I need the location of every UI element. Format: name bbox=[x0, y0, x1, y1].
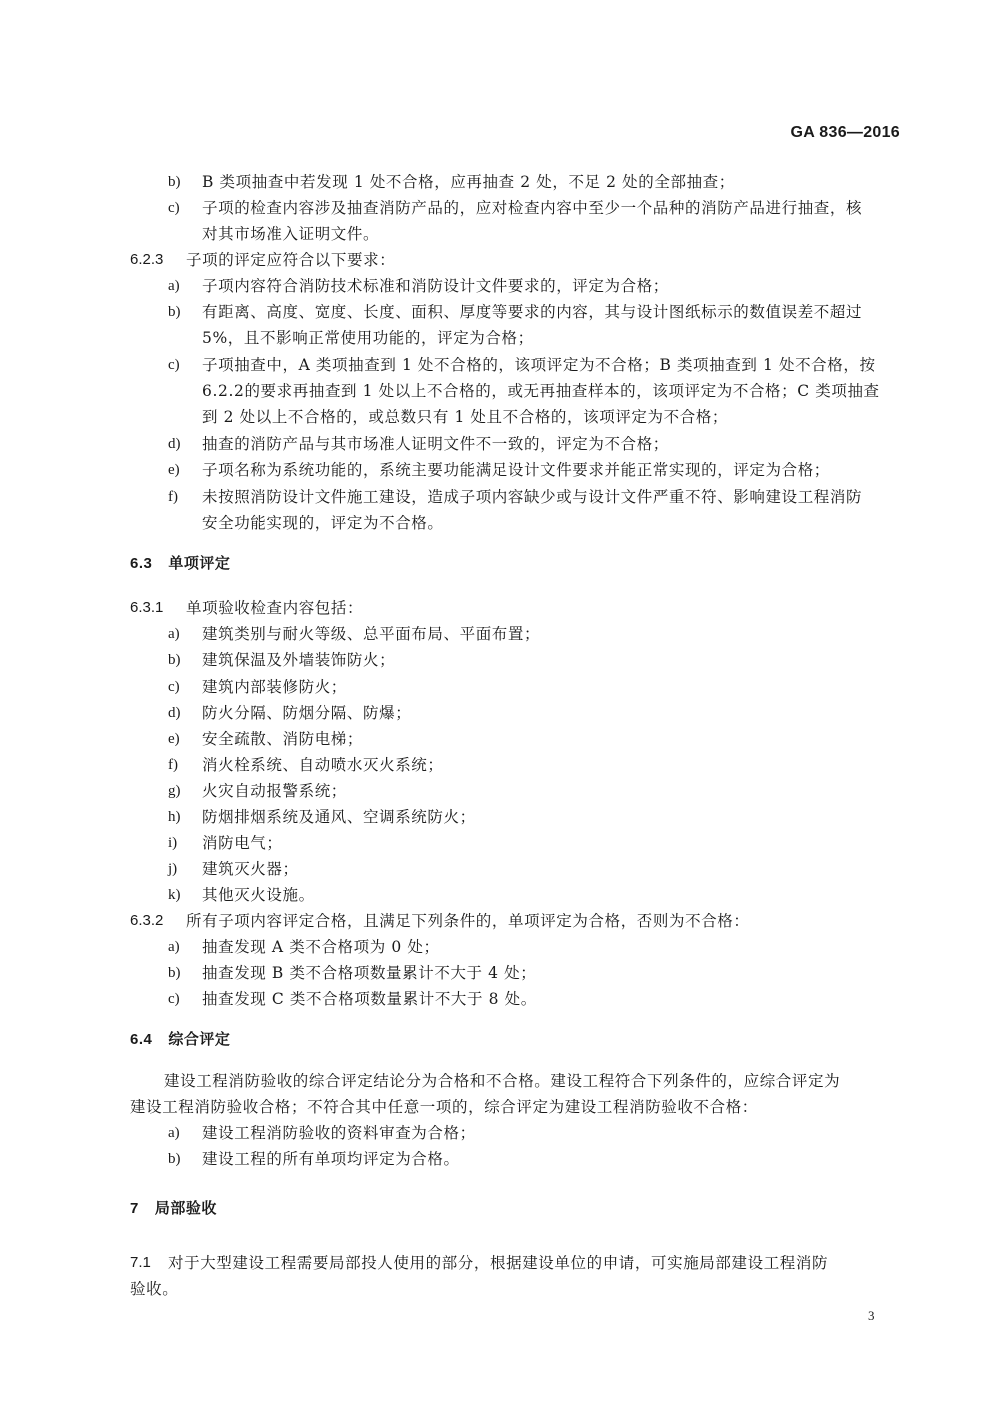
item-text: 子项的检查内容涉及抽查消防产品的，应对检查内容中至少一个品种的消防产品进行抽查，… bbox=[202, 198, 862, 218]
item-label: b) bbox=[168, 172, 181, 192]
item-label: i) bbox=[168, 833, 177, 853]
item-text: 抽查发现 C 类不合格项数量累计不大于 8 处。 bbox=[202, 989, 537, 1009]
item-label: d) bbox=[168, 703, 181, 723]
item-label: a) bbox=[168, 624, 180, 644]
item-text: 建筑内部装修防火； bbox=[202, 677, 347, 697]
item-text: 5%，且不影响正常使用功能的，评定为合格； bbox=[202, 328, 534, 348]
item-label: j) bbox=[168, 859, 177, 879]
clause-text: 对于大型建设工程需要局部投人使用的部分，根据建设单位的申请，可实施局部建设工程消… bbox=[168, 1253, 828, 1273]
item-text: 建筑灭火器； bbox=[202, 859, 299, 879]
clause-intro: 单项验收检查内容包括： bbox=[186, 598, 363, 618]
clause-number: 6.2.3 bbox=[130, 250, 163, 270]
item-label: a) bbox=[168, 937, 180, 957]
item-text: 安全功能实现的，评定为不合格。 bbox=[202, 513, 444, 533]
item-label: c) bbox=[168, 677, 180, 697]
section-number: 7 bbox=[130, 1200, 139, 1217]
item-label: b) bbox=[168, 650, 181, 670]
item-text: 消防电气； bbox=[202, 833, 283, 853]
item-label: f) bbox=[168, 755, 178, 775]
item-text: 抽查发现 A 类不合格项为 0 处； bbox=[202, 937, 440, 957]
item-label: k) bbox=[168, 885, 181, 905]
item-label: c) bbox=[168, 355, 180, 375]
item-text: 未按照消防设计文件施工建设，造成子项内容缺少或与设计文件严重不符、影响建设工程消… bbox=[202, 487, 862, 507]
item-label: a) bbox=[168, 276, 180, 296]
standard-code: GA 836—2016 bbox=[791, 124, 900, 142]
item-text: 子项抽查中，A 类项抽查到 1 处不合格的，该项评定为不合格；B 类项抽查到 1… bbox=[202, 355, 876, 375]
item-text: 其他灭火设施。 bbox=[202, 885, 315, 905]
item-text: 到 2 处以上不合格的，或总数只有 1 处且不合格的，该项评定为不合格； bbox=[202, 407, 728, 427]
item-text: 防烟排烟系统及通风、空调系统防火； bbox=[202, 807, 476, 827]
item-text: 建筑类别与耐火等级、总平面布局、平面布置； bbox=[202, 624, 540, 644]
item-text: 抽查发现 B 类不合格项数量累计不大于 4 处； bbox=[202, 963, 536, 983]
item-label: e) bbox=[168, 460, 180, 480]
item-text: 子项内容符合消防技术标准和消防设计文件要求的，评定为合格； bbox=[202, 276, 669, 296]
item-label: b) bbox=[168, 963, 181, 983]
clause-text: 验收。 bbox=[130, 1279, 178, 1299]
item-label: c) bbox=[168, 989, 180, 1009]
clause-number: 6.3.1 bbox=[130, 598, 163, 618]
paragraph-line: 建设工程消防验收的综合评定结论分为合格和不合格。建设工程符合下列条件的，应综合评… bbox=[164, 1071, 840, 1091]
clause-number: 7.1 bbox=[130, 1253, 151, 1273]
item-text: 6.2.2的要求再抽查到 1 处以上不合格的，或无再抽查样本的，该项评定为不合格… bbox=[202, 381, 880, 401]
item-label: b) bbox=[168, 1149, 181, 1169]
item-text: 消火栓系统、自动喷水灭火系统； bbox=[202, 755, 444, 775]
paragraph-line: 建设工程消防验收合格；不符合其中任意一项的，综合评定为建设工程消防验收不合格： bbox=[130, 1097, 758, 1117]
section-title: 单项评定 bbox=[168, 554, 230, 572]
item-label: f) bbox=[168, 487, 178, 507]
section-title: 局部验收 bbox=[155, 1199, 217, 1217]
item-text: 防火分隔、防烟分隔、防爆； bbox=[202, 703, 411, 723]
document-page: GA 836—2016 b) B 类项抽查中若发现 1 处不合格，应再抽查 2 … bbox=[0, 0, 1000, 1412]
page-number: 3 bbox=[868, 1308, 875, 1324]
item-text: 建设工程消防验收的资料审查为合格； bbox=[202, 1123, 476, 1143]
item-label: a) bbox=[168, 1123, 180, 1143]
section-heading-6-4: 6.4综合评定 bbox=[130, 1029, 230, 1050]
item-text: 安全疏散、消防电梯； bbox=[202, 729, 363, 749]
item-label: g) bbox=[168, 781, 181, 801]
section-number: 6.3 bbox=[130, 555, 152, 572]
item-text: 建设工程的所有单项均评定为合格。 bbox=[202, 1149, 460, 1169]
item-label: h) bbox=[168, 807, 181, 827]
clause-intro: 所有子项内容评定合格，且满足下列条件的，单项评定为合格，否则为不合格： bbox=[186, 911, 750, 931]
item-label: b) bbox=[168, 302, 181, 322]
section-heading-6-3: 6.3单项评定 bbox=[130, 553, 230, 574]
item-text: 建筑保温及外墙装饰防火； bbox=[202, 650, 395, 670]
item-label: e) bbox=[168, 729, 180, 749]
item-text: B 类项抽查中若发现 1 处不合格，应再抽查 2 处，不足 2 处的全部抽查； bbox=[202, 172, 735, 192]
item-text: 火灾自动报警系统； bbox=[202, 781, 347, 801]
clause-number: 6.3.2 bbox=[130, 911, 163, 931]
section-heading-7: 7局部验收 bbox=[130, 1198, 217, 1219]
item-text: 对其市场准入证明文件。 bbox=[202, 224, 379, 244]
item-text: 子项名称为系统功能的，系统主要功能满足设计文件要求并能正常实现的，评定为合格； bbox=[202, 460, 830, 480]
item-label: c) bbox=[168, 198, 180, 218]
item-text: 抽查的消防产品与其市场准人证明文件不一致的，评定为不合格； bbox=[202, 434, 669, 454]
clause-intro: 子项的评定应符合以下要求： bbox=[186, 250, 395, 270]
item-label: d) bbox=[168, 434, 181, 454]
section-title: 综合评定 bbox=[168, 1030, 230, 1048]
item-text: 有距离、高度、宽度、长度、面积、厚度等要求的内容，其与设计图纸标示的数值误差不超… bbox=[202, 302, 862, 322]
section-number: 6.4 bbox=[130, 1031, 152, 1048]
